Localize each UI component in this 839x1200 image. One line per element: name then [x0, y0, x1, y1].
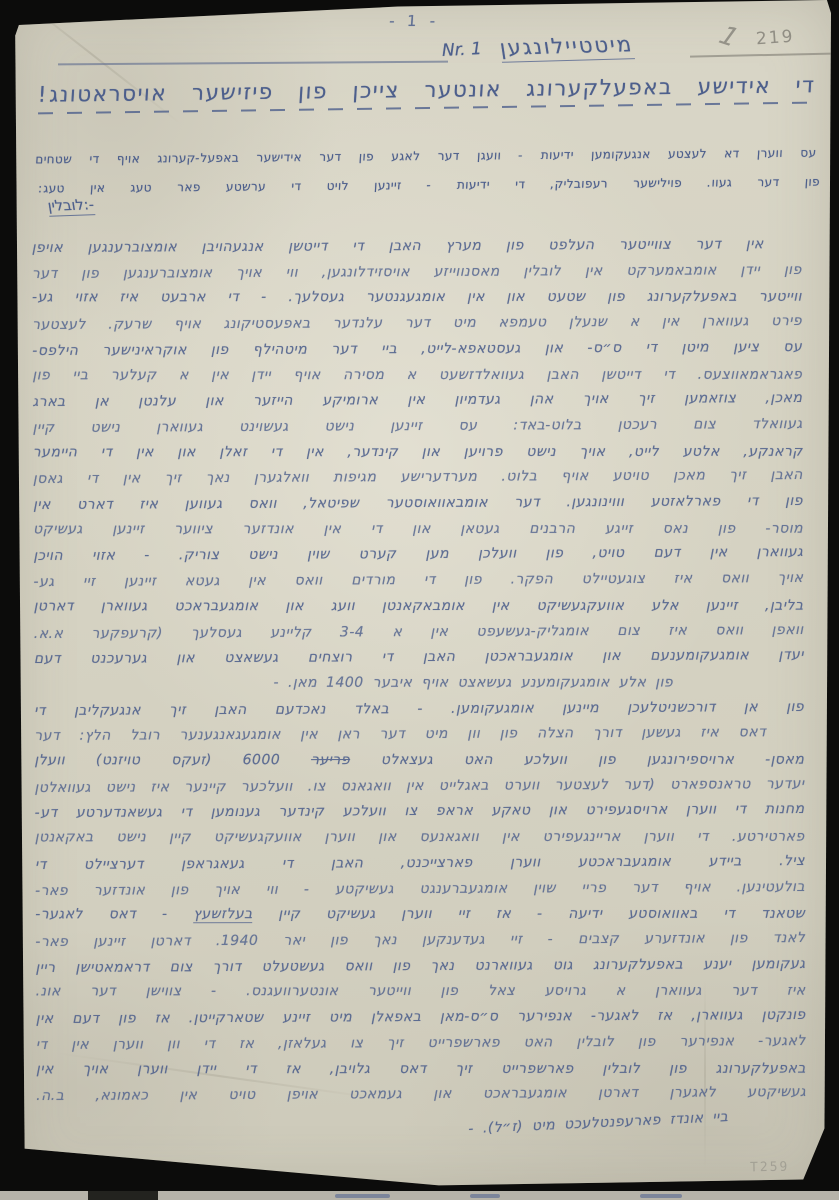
page-number: - 1 -: [388, 12, 440, 30]
handwriting-line: פון אן דורכשניטלעכן מיינען אומגעקומען. -…: [34, 695, 804, 725]
handwriting-line: ציל. ביידע אומגעבראכטע ווערן פארצייכנט, …: [35, 849, 805, 879]
handwriting-text: אין דער צווייטער העלפט פון מערץ האבן די …: [32, 236, 764, 256]
handwriting-line: איז דער געווארן א גרויסע צאל פון ווייטער…: [36, 979, 806, 1005]
handwriting-text: יעדן אומגעקומענעם און אומגעבראכטן האבן ד…: [34, 647, 804, 667]
handwriting-line: ביי אונדז פארעפנטלעכט מיט (ז״ל). -: [421, 1103, 776, 1145]
handwriting-text: געשיקטע לאגערן דארטן אומגעבראכט און געמא…: [36, 1084, 806, 1104]
handwriting-text: אויך וואס איז צוגעטיילט הפקר. פון די מור…: [33, 570, 803, 590]
handwritten-body: אין דער צווייטער העלפט פון מערץ האבן די …: [32, 232, 807, 1140]
issue-number: Nr. 1: [442, 39, 483, 61]
handwriting-text: פון יידן אומבאמערקט אין לובלין מאסנווייז…: [32, 262, 802, 282]
handwriting-text: מאכן, צוזאמען זיך אויך אהן געדמיון אין א…: [32, 390, 802, 410]
headline-block: די אידישע באפעלקערונג אונטער צייכן פון פ…: [38, 78, 814, 109]
handwriting-line: פון אלע אומגעקומענע געשאצט אויף איבער 14…: [319, 670, 673, 696]
handwriting-line: געקומען יענע באפעלקערונג גוט געווארנט נא…: [35, 952, 805, 982]
handwriting-line: געשיקטע לאגערן דארטן אומגעבראכט און געמא…: [36, 1080, 806, 1110]
paper-sheet: - 1 - 1 219 Nr. 1 מיטטיילונגען די אידישע…: [14, 0, 831, 1189]
intro-line: פון דער געוו. פוילישער רעפובליק, די ידיע…: [36, 168, 821, 204]
next-page-ink-speck: [335, 1194, 390, 1198]
handwriting-line: מאכן, צוזאמען זיך אויך אהן געדמיון אין א…: [32, 386, 802, 416]
handwriting-line: פון די פארלאזטע וווינונגען. דער אומבאווא…: [33, 489, 803, 519]
handwriting-text: דאס איז געשען דורך הצלה פון וון מיט דער …: [34, 725, 766, 745]
document-header: Nr. 1 מיטטיילונגען: [14, 38, 831, 78]
handwriting-text: געקומען יענע באפעלקערונג גוט געווארנט נא…: [35, 956, 805, 976]
handwriting-text: פירט געווארן אין א שנעלן טעמפא מיט דער ע…: [32, 313, 802, 333]
handwriting-text: ציל. ביידע אומגעבראכטע ווערן פארצייכנט, …: [35, 853, 805, 873]
handwriting-line: געווארן אין דעם טויט, פון וועלכן מען קער…: [33, 540, 803, 570]
handwriting-line: אויך וואס איז צוגעטיילט הפקר. פון די מור…: [33, 566, 803, 596]
handwriting-line: געוואלד צום רעכטן בלוט-באד: עס זיינען ני…: [33, 412, 803, 442]
handwriting-text: ביי אונדז פארעפנטלעכט מיט (ז״ל). -: [468, 1109, 729, 1137]
next-page-ink-speck: [470, 1194, 500, 1198]
handwriting-text: איז דער געווארן א גרויסע צאל פון ווייטער…: [36, 983, 806, 1000]
handwriting-line: באפעלקערונג פון לובלין פארשפרייט זיך דאס…: [36, 1056, 806, 1082]
handwriting-line: מחנות די ווערן ארויסגעפירט און טאקע אראפ…: [35, 797, 805, 827]
handwriting-text: באפעלקערונג פון לובלין פארשפרייט זיך דאס…: [36, 1060, 806, 1077]
handwriting-line: קראנקע, אלטע לייט, אויך נישט פרויען און …: [33, 439, 803, 465]
handwriting-text: געווארן אין דעם טויט, פון וועלכן מען קער…: [33, 544, 803, 564]
handwriting-line: פירט געווארן אין א שנעלן טעמפא מיט דער ע…: [32, 309, 802, 339]
handwriting-text: בליבן, זיינען אלע אוועקגעשיקט אין אומבאק…: [34, 598, 804, 615]
handwriting-text: - דאס לאגער-: [35, 906, 193, 922]
handwriting-text: בולעטינען. אויף דער פריי שוין אומגעברענג…: [35, 879, 805, 899]
handwriting-line: פונקטן געווארן, אז לאגער- אנפירער ס״ס-מא…: [36, 1003, 806, 1033]
handwriting-text: שטאנד די באוואוסטע ידיעה - אז זיי ווערן …: [253, 906, 806, 922]
handwriting-text: 6000 (זעקס טויזנט) וועלן: [34, 752, 311, 768]
scan-shadow-patch: [88, 1191, 158, 1200]
handwriting-line: עס ציען מיטן די ס״ס- און געסטאפא-לייט, ב…: [32, 335, 802, 365]
handwriting-text: פון אלע אומגעקומענע געשאצט אויף איבער 14…: [273, 674, 673, 690]
handwriting-text: ווייטער באפעלקערונג פון שטעט און אין אומ…: [32, 289, 802, 306]
handwriting-line: יעדן אומגעקומענעם און אומגעבראכטן האבן ד…: [34, 643, 804, 673]
handwriting-line: לאנד פון אונדזערע קצבים - זיי געדענקען נ…: [35, 926, 805, 956]
handwriting-line: וואפן וואס איז צום אומגליק-געשעפט אין א …: [34, 618, 804, 648]
handwriting-line: האבן זיך מאכן טויטע אויף בלוט. מערדערישע…: [33, 463, 803, 493]
header-rule-left: [58, 61, 448, 65]
handwriting-line: בליבן, זיינען אלע אוועקגעשיקט אין אומבאק…: [34, 594, 804, 620]
handwriting-line: בולעטינען. אויף דער פריי שוין אומגעברענג…: [35, 875, 805, 905]
handwriting-line: ווייטער באפעלקערונג פון שטעט און אין אומ…: [32, 285, 802, 311]
handwriting-text: פון אן דורכשניטלעכן מיינען אומגעקומען. -…: [34, 699, 804, 719]
handwriting-text: מאסן- ארויספירונגען פון וועלכע האט געצאל…: [350, 752, 804, 768]
handwriting-line: פון יידן אומבאמערקט אין לובלין מאסנווייז…: [32, 258, 802, 288]
handwriting-line: אין דער צווייטער העלפט פון מערץ האבן די …: [32, 232, 802, 262]
handwriting-line: שטאנד די באוואוסטע ידיעה - אז זיי ווערן …: [35, 902, 805, 928]
handwriting-text: קראנקע, אלטע לייט, אויך נישט פרויען און …: [33, 443, 803, 460]
handwriting-text: לאגער- אנפירער פון לובלין האט פארשפרייט …: [36, 1033, 806, 1053]
handwriting-text: לאנד פון אונדזערע קצבים - זיי געדענקען נ…: [35, 930, 805, 950]
handwriting-line: פאגראמאווצעס. די דייטשן האבן געוואלדזשעט…: [32, 362, 802, 388]
scanned-document-page: { "scan": { "mat_color": "#0c0c0b", "pap…: [0, 0, 839, 1200]
underlined-word: בעלזשעץ: [193, 906, 252, 923]
handwriting-text: האבן זיך מאכן טויטע אויף בלוט. מערדערישע…: [33, 467, 803, 487]
place-label-lublin: לובלין:-: [47, 197, 96, 217]
handwriting-line: לאגער- אנפירער פון לובלין האט פארשפרייט …: [36, 1029, 806, 1059]
handwriting-text: פאגראמאווצעס. די דייטשן האבן געוואלדזשעט…: [32, 366, 802, 383]
intro-block: עס ווערן דא לעצטע אנגעקומען ידיעות - ווע…: [32, 142, 821, 200]
handwriting-line: יעדער טראנספארט (דער לעצטער ווערט באגליי…: [34, 772, 804, 802]
handwriting-line: מאסן- ארויספירונגען פון וועלכע האט געצאל…: [34, 748, 804, 774]
handwriting-text: מחנות די ווערן ארויסגעפירט און טאקע אראפ…: [35, 801, 805, 821]
handwriting-text: פון די פארלאזטע וווינונגען. דער אומבאווא…: [33, 493, 803, 513]
handwriting-text: פארטירטע. די ווערן אריינגעפירט אין וואגא…: [35, 829, 805, 846]
handwriting-text: וואפן וואס איז צום אומגליק-געשעפט אין א …: [34, 622, 804, 642]
scan-bottom-strip: [0, 1191, 839, 1200]
handwriting-text: געוואלד צום רעכטן בלוט-באד: עס זיינען ני…: [33, 416, 803, 436]
handwriting-text: יעדער טראנספארט (דער לעצטער ווערט באגליי…: [34, 776, 804, 796]
handwriting-text: פונקטן געווארן, אז לאגער- אנפירער ס״ס-מא…: [36, 1007, 806, 1027]
handwriting-line: דאס איז געשען דורך הצלה פון וון מיט דער …: [34, 720, 804, 750]
handwriting-line: פארטירטע. די ווערן אריינגעפירט אין וואגא…: [35, 825, 805, 851]
header-rule-right: [690, 52, 839, 57]
document-title: מיטטיילונגען: [498, 32, 635, 63]
archive-stamp-number: T259: [750, 1160, 790, 1176]
handwriting-text: עס ציען מיטן די ס״ס- און געסטאפא-לייט, ב…: [32, 339, 802, 359]
crossed-out-word: פריער: [311, 752, 350, 768]
handwriting-line: מוסר- פון נאס זייגע הרבנים געטאן און די …: [33, 516, 803, 542]
handwriting-text: מוסר- פון נאס זייגע הרבנים געטאן און די …: [33, 520, 803, 537]
next-page-ink-speck: [640, 1194, 682, 1198]
